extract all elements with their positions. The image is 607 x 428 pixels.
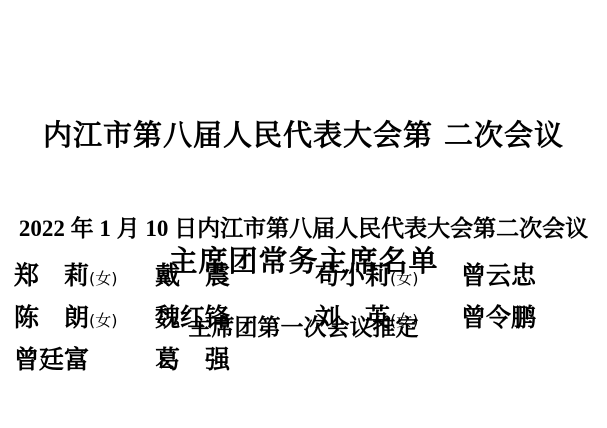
person-name: 苟小莉	[315, 261, 390, 290]
person-name: 曾令鹏	[461, 303, 536, 332]
name-cell: 戴 震	[155, 256, 315, 292]
person-name: 郑 莉	[14, 261, 89, 290]
gender-marker: (女)	[89, 311, 118, 330]
name-cell: 曾廷富	[14, 340, 155, 376]
document-page: 内江市第八届人民代表大会第 二次会议 主席团常务主席名单 2022 年 1 月 …	[0, 0, 607, 428]
name-cell: 苟小莉(女)	[315, 256, 461, 292]
name-cell: 刘 英(女)	[315, 298, 461, 334]
name-cell: 郑 莉(女)	[14, 256, 155, 292]
person-name: 陈 朗	[14, 303, 89, 332]
name-cell: 魏红锋	[155, 298, 315, 334]
name-cell: 曾云忠	[461, 256, 607, 292]
person-name: 戴 震	[155, 261, 230, 290]
gender-marker: (女)	[390, 269, 419, 288]
name-list: 郑 莉(女)戴 震苟小莉(女)曾云忠陈 朗(女)魏红锋刘 英(女)曾令鹏曾廷富葛…	[14, 253, 607, 379]
person-name: 曾云忠	[461, 261, 536, 290]
name-cell: 陈 朗(女)	[14, 298, 155, 334]
person-name: 魏红锋	[155, 303, 230, 332]
person-name: 刘 英	[315, 303, 390, 332]
name-cell: 葛 强	[155, 340, 315, 376]
gender-marker: (女)	[89, 269, 118, 288]
subtitle-line-1: 2022 年 1 月 10 日内江市第八届人民代表大会第二次会议	[0, 212, 607, 245]
name-cell: 曾令鹏	[461, 298, 607, 334]
person-name: 葛 强	[155, 345, 230, 374]
person-name: 曾廷富	[14, 345, 89, 374]
gender-marker: (女)	[390, 311, 419, 330]
